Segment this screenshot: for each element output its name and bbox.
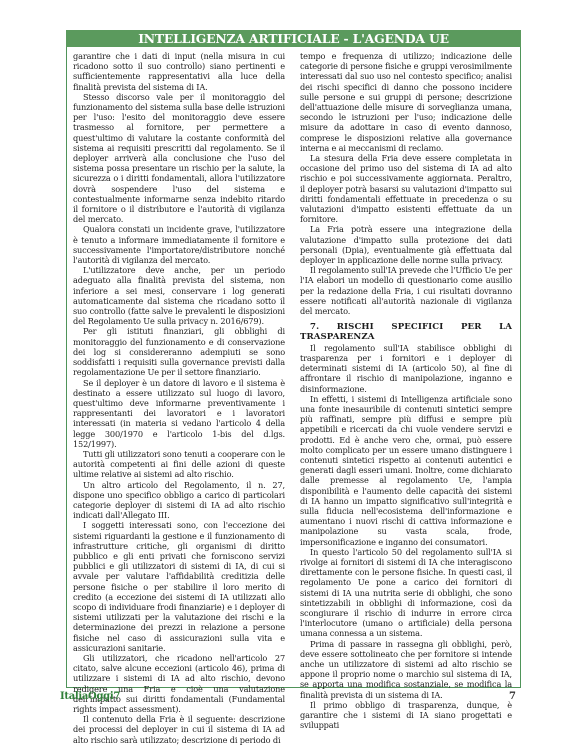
paragraph: Un altro articolo del Regolamento, il n.… [73,480,285,521]
paragraph: La Fria potrà essere una integrazione de… [300,224,512,265]
section-heading: 7. RISCHI SPECIFICI PER LA TRASPARENZA [300,322,512,342]
paragraph: In effetti, i sistemi di Intelligenza ar… [300,394,512,547]
paragraph: L'utilizzatore deve anche, per un period… [73,265,285,326]
paragraph: Gli utilizzatori, che ricadono nell'arti… [73,653,285,714]
paragraph: tempo e frequenza di utilizzo; indicazio… [300,51,512,153]
right-column: tempo e frequenza di utilizzo; indicazio… [300,51,512,730]
paragraph: Tutti gli utilizzatori sono tenuti a coo… [73,449,285,480]
paragraph: Prima di passare in rassegna gli obbligh… [300,639,512,700]
paragraph: Il primo obbligo di trasparenza, dunque,… [300,700,512,731]
paragraph: Qualora constati un incidente grave, l'u… [73,224,285,265]
paragraph: garantire che i dati di input (nella mis… [73,51,285,92]
paragraph: Il regolamento sull'IA stabilisce obblig… [300,343,512,394]
page-number: 7 [509,691,516,702]
paragraph: I soggetti interessati sono, con l'eccez… [73,520,285,653]
paragraph: Il contenuto della Fria è il seguente: d… [73,714,285,745]
paragraph: Per gli istituti finanziari, gli obbligh… [73,326,285,377]
paragraph: Stesso discorso vale per il monitoraggio… [73,92,285,225]
paragraph: In questo l'articolo 50 del regolamento … [300,547,512,639]
left-column: garantire che i dati di input (nella mis… [73,51,285,745]
paragraph: Il regolamento sull'IA prevede che l'Uff… [300,265,512,316]
publication-logo: ItaliaOggi7 [60,691,120,702]
paragraph: La stesura della Fria deve essere comple… [300,153,512,224]
paragraph: Se il deployer è un datore di lavoro e i… [73,378,285,449]
section-header: INTELLIGENZA ARTIFICIALE - L'AGENDA UE [66,30,521,47]
